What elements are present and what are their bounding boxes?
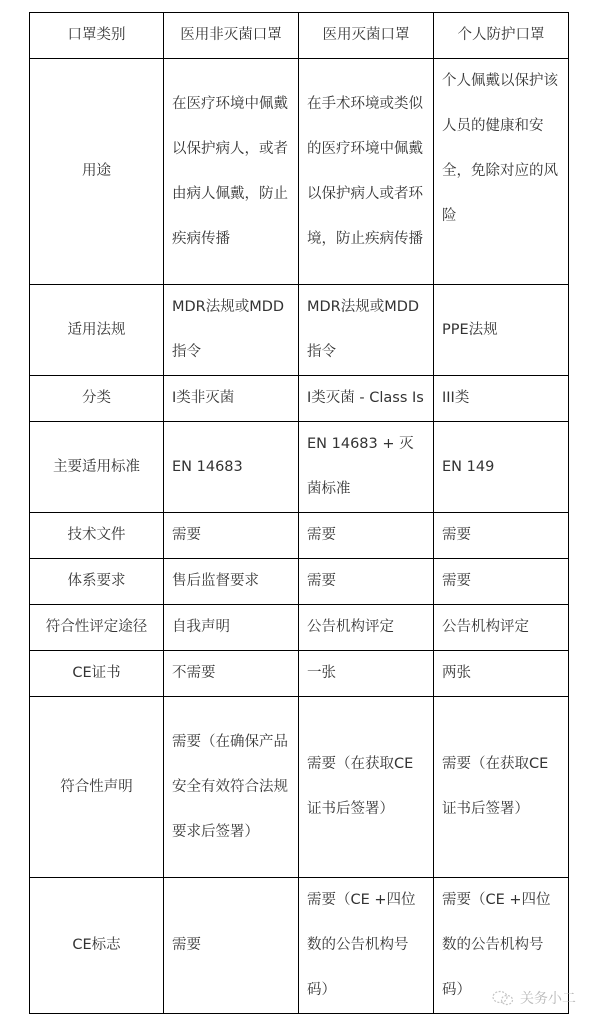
table-cell: 需要（在确保产品安全有效符合法规要求后签署） bbox=[164, 697, 299, 878]
table-header-row: 口罩类别 医用非灭菌口罩 医用灭菌口罩 个人防护口罩 bbox=[30, 13, 569, 59]
table-cell: 自我声明 bbox=[164, 605, 299, 651]
table-row-classification: 分类 I类非灭菌 I类灭菌 - Class Is III类 bbox=[30, 376, 569, 422]
watermark-text: 关务小二 bbox=[520, 988, 576, 1008]
table-row-conformity-route: 符合性评定途径 自我声明 公告机构评定 公告机构评定 bbox=[30, 605, 569, 651]
header-personal-protective: 个人防护口罩 bbox=[434, 13, 569, 59]
table-cell: 需要 bbox=[434, 513, 569, 559]
table-row-purpose: 用途 在医疗环境中佩戴以保护病人，或者由病人佩戴，防止疾病传播 在手术环境或类似… bbox=[30, 59, 569, 285]
table-cell: I类灭菌 - Class Is bbox=[299, 376, 434, 422]
table-row-declaration: 符合性声明 需要（在确保产品安全有效符合法规要求后签署） 需要（在获取CE证书后… bbox=[30, 697, 569, 878]
table-cell: 不需要 bbox=[164, 651, 299, 697]
mask-comparison-table: 口罩类别 医用非灭菌口罩 医用灭菌口罩 个人防护口罩 用途 在医疗环境中佩戴以保… bbox=[29, 12, 569, 1014]
table-cell: 需要 bbox=[164, 513, 299, 559]
table-cell: 公告机构评定 bbox=[299, 605, 434, 651]
table-row-standards: 主要适用标准 EN 14683 EN 14683 + 灭菌标准 EN 149 bbox=[30, 422, 569, 513]
header-medical-non-sterile: 医用非灭菌口罩 bbox=[164, 13, 299, 59]
row-label: CE标志 bbox=[30, 878, 164, 1014]
row-label: 符合性评定途径 bbox=[30, 605, 164, 651]
table-cell: 需要（CE +四位数的公告机构号码） bbox=[299, 878, 434, 1014]
table-cell: 需要 bbox=[299, 513, 434, 559]
table-row-ce-certificate: CE证书 不需要 一张 两张 bbox=[30, 651, 569, 697]
table-row-technical-file: 技术文件 需要 需要 需要 bbox=[30, 513, 569, 559]
table-cell: MDR法规或MDD指令 bbox=[299, 285, 434, 376]
table-cell: EN 149 bbox=[434, 422, 569, 513]
table-cell: 在医疗环境中佩戴以保护病人，或者由病人佩戴，防止疾病传播 bbox=[164, 59, 299, 285]
table-cell: MDR法规或MDD指令 bbox=[164, 285, 299, 376]
table-cell: 需要 bbox=[299, 559, 434, 605]
table-cell: 两张 bbox=[434, 651, 569, 697]
row-label: 分类 bbox=[30, 376, 164, 422]
table-cell: PPE法规 bbox=[434, 285, 569, 376]
table-row-system-requirement: 体系要求 售后监督要求 需要 需要 bbox=[30, 559, 569, 605]
table-cell: 个人佩戴以保护该人员的健康和安全，免除对应的风险 bbox=[434, 59, 569, 285]
row-label: 技术文件 bbox=[30, 513, 164, 559]
table-cell: III类 bbox=[434, 376, 569, 422]
table-cell: EN 14683 bbox=[164, 422, 299, 513]
row-label: 用途 bbox=[30, 59, 164, 285]
row-label: 主要适用标准 bbox=[30, 422, 164, 513]
table-cell: 需要 bbox=[164, 878, 299, 1014]
row-label: 符合性声明 bbox=[30, 697, 164, 878]
row-label: CE证书 bbox=[30, 651, 164, 697]
table-cell: 在手术环境或类似的医疗环境中佩戴以保护病人或者环境，防止疾病传播 bbox=[299, 59, 434, 285]
row-label: 适用法规 bbox=[30, 285, 164, 376]
watermark: 关务小二 bbox=[492, 988, 576, 1008]
table-cell: 一张 bbox=[299, 651, 434, 697]
table-cell: 需要 bbox=[434, 559, 569, 605]
table-cell: 公告机构评定 bbox=[434, 605, 569, 651]
table-cell: 售后监督要求 bbox=[164, 559, 299, 605]
table-cell: I类非灭菌 bbox=[164, 376, 299, 422]
table-cell: 需要（在获取CE证书后签署） bbox=[434, 697, 569, 878]
table-row-ce-marking: CE标志 需要 需要（CE +四位数的公告机构号码） 需要（CE +四位数的公告… bbox=[30, 878, 569, 1014]
wechat-icon bbox=[492, 990, 514, 1006]
table-cell: 需要（在获取CE证书后签署） bbox=[299, 697, 434, 878]
table-cell: EN 14683 + 灭菌标准 bbox=[299, 422, 434, 513]
table-row-regulation: 适用法规 MDR法规或MDD指令 MDR法规或MDD指令 PPE法规 bbox=[30, 285, 569, 376]
header-medical-sterile: 医用灭菌口罩 bbox=[299, 13, 434, 59]
row-label: 体系要求 bbox=[30, 559, 164, 605]
header-mask-category: 口罩类别 bbox=[30, 13, 164, 59]
